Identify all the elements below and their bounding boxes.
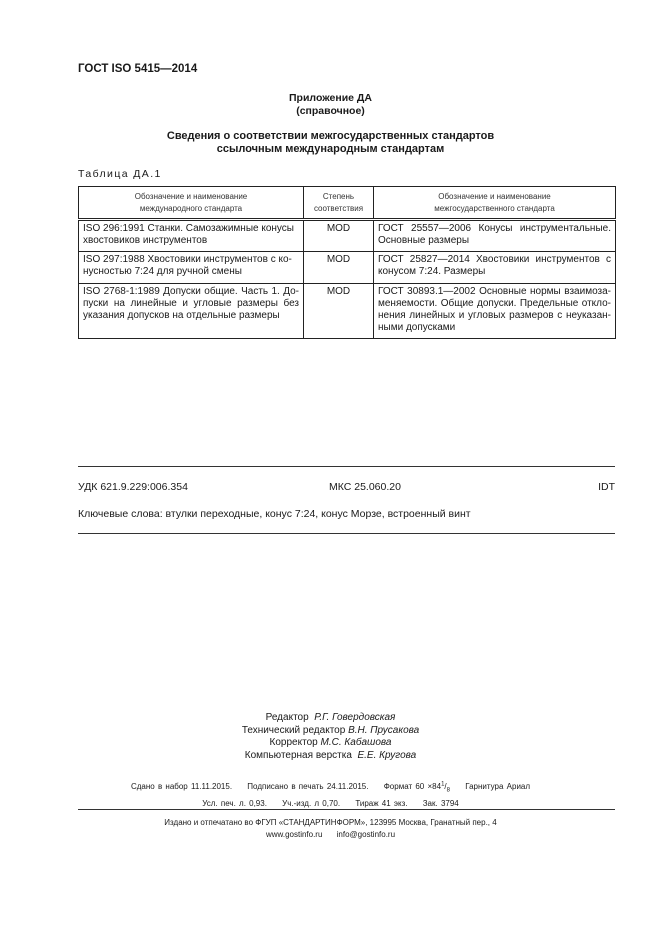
cell-interstate: ГОСТ 25827—2014 Хвостовики инструментов … [374,252,616,284]
print-info: Сдано в набор 11.11.2015. Подписано в пе… [0,777,661,811]
table-label: Таблица ДА.1 [78,168,162,180]
cell-interstate: ГОСТ 30893.1—2002 Основные нормы взаимоз… [374,284,616,339]
format-den: 8 [447,787,450,793]
order-number: Зак. 3794 [423,799,459,808]
publisher-email[interactable]: info@gostinfo.ru [337,830,395,839]
publisher-contacts: www.gostinfo.ru info@gostinfo.ru [0,829,661,841]
format-num: 1 [441,781,444,787]
header-text: Обозначение и наименование [378,191,611,203]
credit-name: М.С. Кабашова [320,737,391,748]
pub-sheets: Уч.-изд. л 0,70. [282,799,340,808]
header-text: Степень [308,191,369,203]
table-row: ISO 297:1988 Хвостовики инструментов с к… [79,252,616,284]
print-info-line1: Сдано в набор 11.11.2015. Подписано в пе… [0,777,661,797]
cell-international: ISO 296:1991 Станки. Самозажимные конусы… [79,220,304,252]
credit-tech-editor: Технический редактор В.Н. Прусакова [0,725,661,738]
credit-role: Компьютерная верстка [245,750,352,761]
divider-publisher [78,809,615,810]
format-prefix: Формат 60 ×84 [384,782,441,791]
section-title: Сведения о соответствии межгосударственн… [0,130,661,156]
credits-block: Редактор Р.Г. Говердовская Технический р… [0,712,661,762]
cell-degree: MOD [304,284,374,339]
document-code: ГОСТ ISO 5415—2014 [78,63,197,75]
header-international: Обозначение и наименование международног… [79,187,304,220]
section-title-line1: Сведения о соответствии межгосударственн… [0,130,661,143]
header-text: Обозначение и наименование [83,191,299,203]
publisher-website[interactable]: www.gostinfo.ru [266,830,322,839]
divider-top [78,466,615,467]
correspondence-table: Обозначение и наименование международног… [78,186,616,339]
cell-international: ISO 297:1988 Хвостовики инструментов с к… [79,252,304,284]
table-row: ISO 296:1991 Станки. Самозажимные конусы… [79,220,616,252]
header-text: международного стандарта [83,203,299,215]
divider-bottom [78,533,615,534]
header-text: соответствия [308,203,369,215]
classification-row: УДК 621.9.229:006.354 МКС 25.060.20 IDT [78,481,615,493]
credit-name: В.Н. Прусакова [348,725,419,736]
credit-name: Е.Е. Кругова [357,750,416,761]
table-header-row: Обозначение и наименование международног… [79,187,616,220]
publisher-address: Издано и отпечатано во ФГУП «СТАНДАРТИНФ… [0,817,661,829]
cell-international: ISO 2768-1:1989 Допуски общие. Часть 1. … [79,284,304,339]
cell-interstate: ГОСТ 25557—2006 Конусы инструментальные.… [374,220,616,252]
print-run: Тираж 41 экз. [355,799,407,808]
header-degree: Степень соответствия [304,187,374,220]
cell-degree: MOD [304,252,374,284]
annex-heading: Приложение ДА (справочное) [0,92,661,118]
header-text: межгосударственного стандарта [378,203,611,215]
format: Формат 60 ×841/8 [384,782,450,791]
annex-type: (справочное) [0,105,661,118]
credit-layout: Компьютерная верстка Е.Е. Кругова [0,750,661,763]
print-sheets: Усл. печ. л. 0,93. [202,799,267,808]
credit-role: Редактор [266,712,309,723]
keywords: Ключевые слова: втулки переходные, конус… [78,508,471,520]
credit-name: Р.Г. Говердовская [314,712,395,723]
section-title-line2: ссылочным международным стандартам [0,143,661,156]
annex-title: Приложение ДА [0,92,661,105]
credit-role: Технический редактор [242,725,345,736]
credit-role: Корректор [270,737,318,748]
credit-editor: Редактор Р.Г. Говердовская [0,712,661,725]
cell-degree: MOD [304,220,374,252]
header-interstate: Обозначение и наименование межгосударств… [374,187,616,220]
typeface: Гарнитура Ариал [465,782,530,791]
idt-marker: IDT [598,481,615,493]
credit-corrector: Корректор М.С. Кабашова [0,737,661,750]
mks-code: МКС 25.060.20 [329,481,401,493]
publisher-block: Издано и отпечатано во ФГУП «СТАНДАРТИНФ… [0,817,661,841]
table-row: ISO 2768-1:1989 Допуски общие. Часть 1. … [79,284,616,339]
signed-date: Подписано в печать 24.11.2015. [247,782,368,791]
udk-code: УДК 621.9.229:006.354 [78,481,188,493]
typeset-date: Сдано в набор 11.11.2015. [131,782,232,791]
